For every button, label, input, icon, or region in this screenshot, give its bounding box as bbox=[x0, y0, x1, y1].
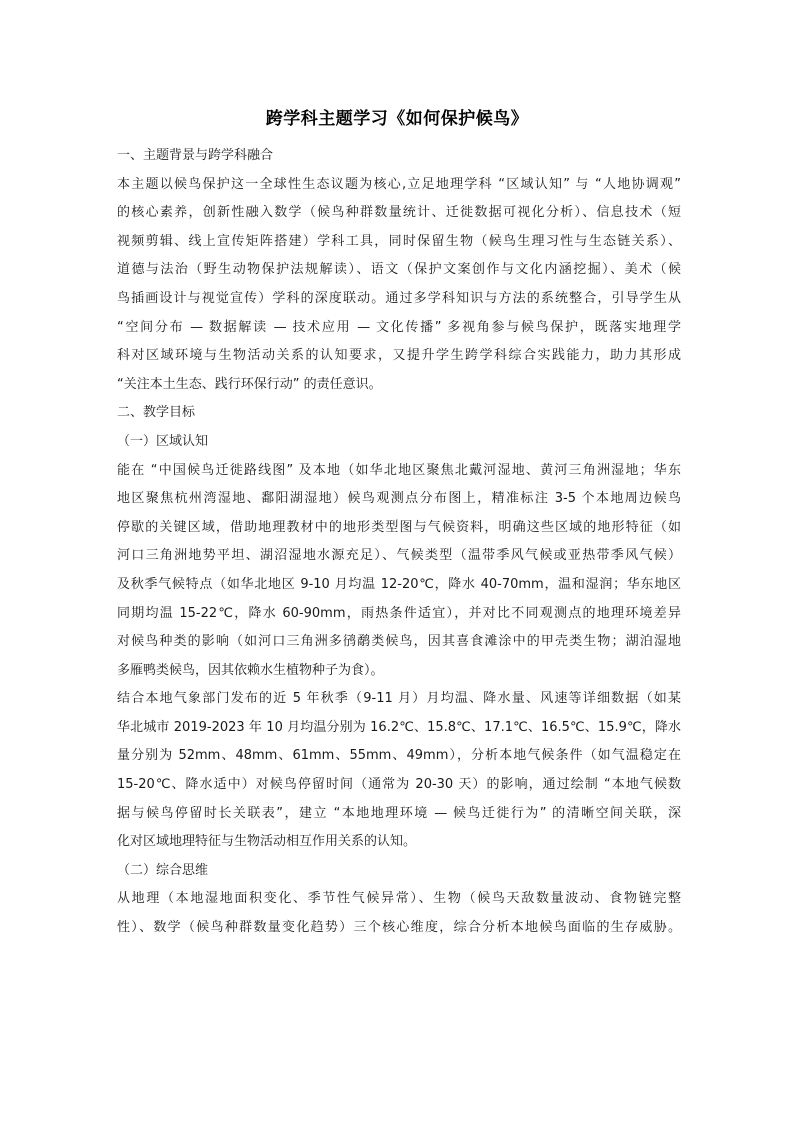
section-heading-objectives: 二、教学目标 bbox=[117, 399, 681, 428]
document-title: 跨学科主题学习《如何保护候鸟》 bbox=[0, 104, 794, 129]
text-line: 科对区域环境与生物活动关系的认知要求，又提升学生跨学科综合实践能力，助力其形成 bbox=[117, 342, 681, 371]
text-line: 地区聚焦杭州湾湿地、鄱阳湖湿地）候鸟观测点分布图上，精准标注 3-5 个本地周边… bbox=[117, 485, 681, 514]
text-line: 同期均温 15-22℃，降水 60-90mm，雨热条件适宜），并对比不同观测点的… bbox=[117, 600, 681, 629]
text-line: 量分别为 52mm、48mm、61mm、55mm、49mm），分析本地气候条件（… bbox=[117, 742, 681, 771]
text-line: 据与候鸟停留时长关联表”，建立 “本地地理环境 — 候鸟迁徙行为” 的清晰空间关… bbox=[117, 800, 681, 829]
paragraph-comprehensive-thinking: 从地理（本地湿地面积变化、季节性气候异常）、生物（候鸟天敌数量波动、食物链完整 … bbox=[117, 885, 681, 942]
text-line: 化对区域地理特征与生物活动相互作用关系的认知。 bbox=[117, 828, 681, 857]
text-line: 性）、数学（候鸟种群数量变化趋势）三个核心维度，综合分析本地候鸟面临的生存威胁。 bbox=[117, 914, 681, 943]
paragraph-regional-cognition-1: 能在 “中国候鸟迁徙路线图” 及本地（如华北地区聚焦北戴河湿地、黄河三角洲湿地；… bbox=[117, 457, 681, 686]
text-line: 对候鸟种类的影响（如河口三角洲多鸻鹬类候鸟，因其喜食滩涂中的甲壳类生物；湖泊湿地 bbox=[117, 628, 681, 657]
document-page: 跨学科主题学习《如何保护候鸟》 一、主题背景与跨学科融合 本主题以候鸟保护这一全… bbox=[0, 0, 794, 1123]
text-line: 及秋季气候特点（如华北地区 9-10 月均温 12-20℃，降水 40-70mm… bbox=[117, 571, 681, 600]
text-line: 的核心素养，创新性融入数学（候鸟种群数量统计、迁徙数据可视化分析）、信息技术（短 bbox=[117, 199, 681, 228]
text-line: “关注本土生态、践行环保行动” 的责任意识。 bbox=[117, 371, 681, 400]
subsection-heading-regional-cognition: （一）区域认知 bbox=[117, 428, 681, 457]
section-heading-background: 一、主题背景与跨学科融合 bbox=[117, 142, 681, 171]
text-line: 停歇的关键区域，借助地理教材中的地形类型图与气候资料，明确这些区域的地形特征（如 bbox=[117, 514, 681, 543]
paragraph-regional-cognition-2: 结合本地气象部门发布的近 5 年秋季（9-11 月）月均温、降水量、风速等详细数… bbox=[117, 685, 681, 857]
text-line: “空间分布 — 数据解读 — 技术应用 — 文化传播” 多视角参与候鸟保护，既落… bbox=[117, 314, 681, 343]
subsection-heading-comprehensive-thinking: （二）综合思维 bbox=[117, 857, 681, 886]
text-line: 从地理（本地湿地面积变化、季节性气候异常）、生物（候鸟天敌数量波动、食物链完整 bbox=[117, 885, 681, 914]
text-line: 道德与法治（野生动物保护法规解读）、语文（保护文案创作与文化内涵挖掘）、美术（候 bbox=[117, 256, 681, 285]
text-line: 结合本地气象部门发布的近 5 年秋季（9-11 月）月均温、降水量、风速等详细数… bbox=[117, 685, 681, 714]
text-line: 能在 “中国候鸟迁徙路线图” 及本地（如华北地区聚焦北戴河湿地、黄河三角洲湿地；… bbox=[117, 457, 681, 486]
document-body: 一、主题背景与跨学科融合 本主题以候鸟保护这一全球性生态议题为核心,立足地理学科… bbox=[117, 142, 681, 943]
text-line: 鸟插画设计与视觉宣传）学科的深度联动。通过多学科知识与方法的系统整合，引导学生从 bbox=[117, 285, 681, 314]
text-line: 华北城市 2019-2023 年 10 月均温分别为 16.2℃、15.8℃、1… bbox=[117, 714, 681, 743]
text-line: 15-20℃、降水适中）对候鸟停留时间（通常为 20-30 天）的影响，通过绘制… bbox=[117, 771, 681, 800]
text-line: 本主题以候鸟保护这一全球性生态议题为核心,立足地理学科 “区域认知” 与 “人地… bbox=[117, 171, 681, 200]
text-line: 视频剪辑、线上宣传矩阵搭建）学科工具，同时保留生物（候鸟生理习性与生态链关系）、 bbox=[117, 228, 681, 257]
paragraph-background: 本主题以候鸟保护这一全球性生态议题为核心,立足地理学科 “区域认知” 与 “人地… bbox=[117, 171, 681, 400]
text-line: 多雁鸭类候鸟，因其依赖水生植物种子为食）。 bbox=[117, 657, 681, 686]
text-line: 河口三角洲地势平坦、湖沼湿地水源充足）、气候类型（温带季风气候或亚热带季风气候） bbox=[117, 542, 681, 571]
